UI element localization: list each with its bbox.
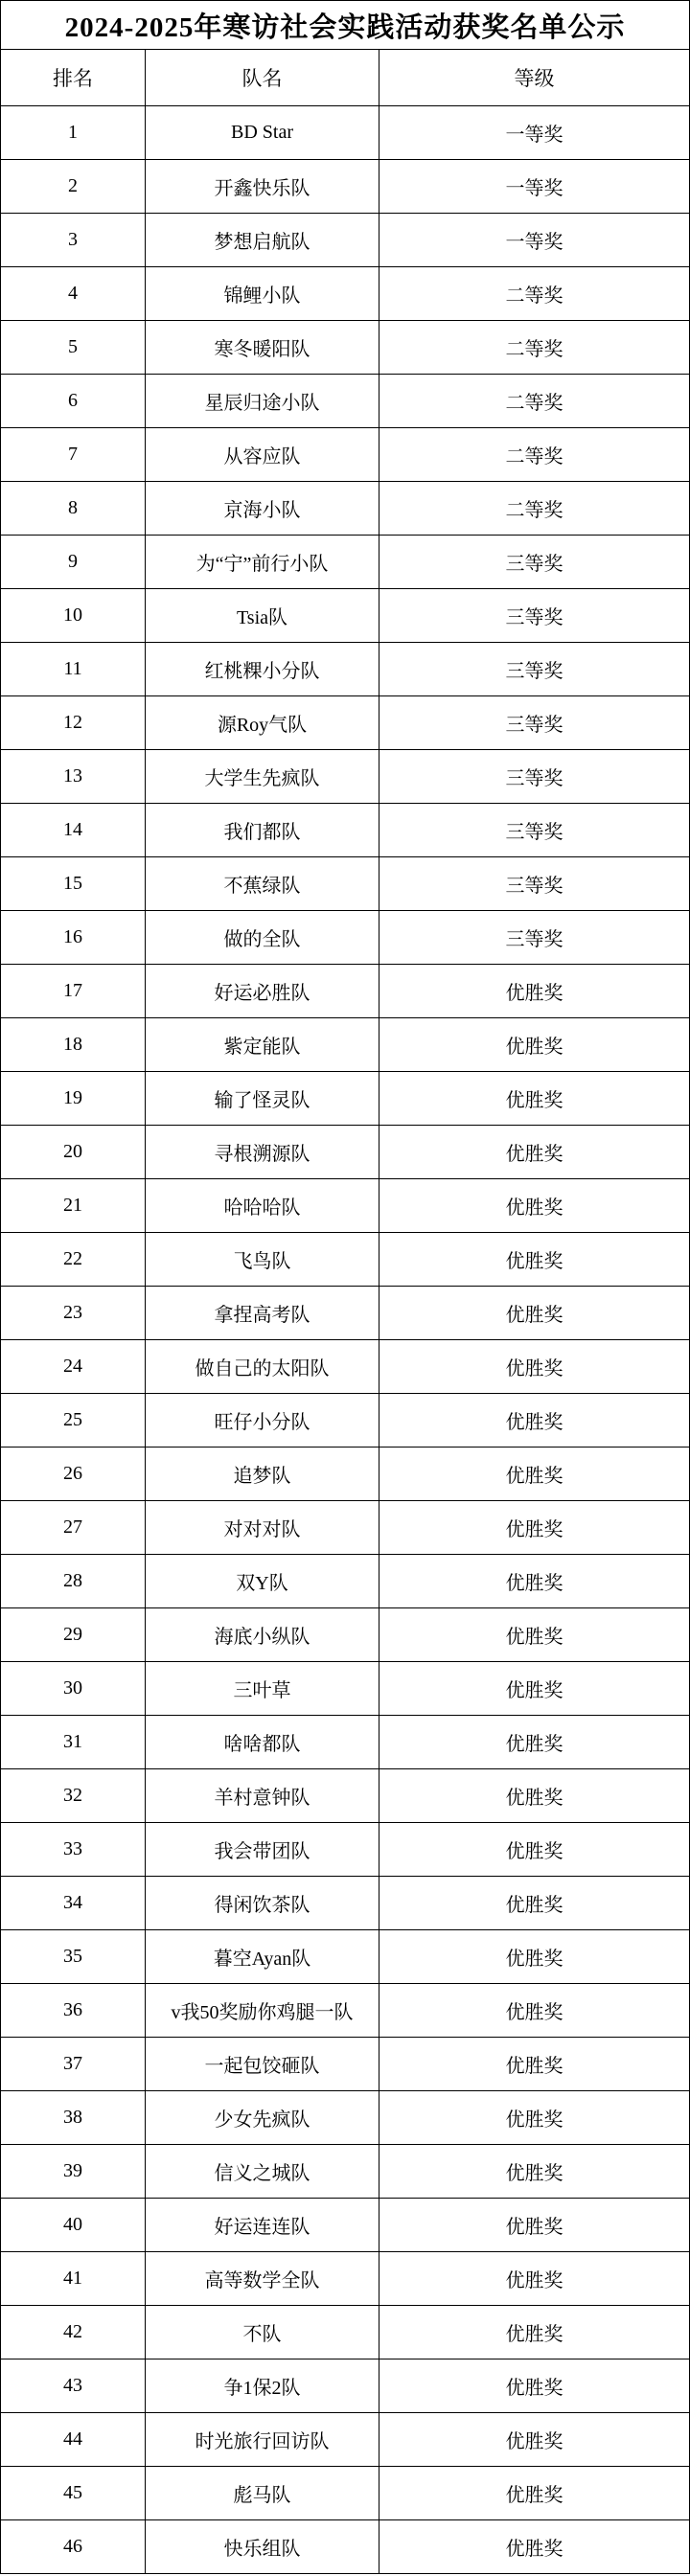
team-name-cell: v我50奖励你鸡腿一队: [146, 1984, 379, 2038]
table-row: 2开鑫快乐队一等奖: [1, 160, 690, 214]
table-row: 40好运连连队优胜奖: [1, 2199, 690, 2252]
grade-cell: 三等奖: [379, 589, 690, 643]
rank-cell: 19: [1, 1072, 146, 1126]
table-row: 7从容应队二等奖: [1, 428, 690, 482]
rank-cell: 42: [1, 2306, 146, 2359]
team-name-cell: 梦想启航队: [146, 214, 379, 267]
award-table-head: 2024-2025年寒访社会实践活动获奖名单公示 排名 队名 等级: [1, 1, 690, 106]
team-name-cell: 追梦队: [146, 1448, 379, 1501]
grade-cell: 优胜奖: [379, 2038, 690, 2091]
table-row: 25旺仔小分队优胜奖: [1, 1394, 690, 1448]
grade-cell: 优胜奖: [379, 1340, 690, 1394]
award-table-body: 1BD Star一等奖2开鑫快乐队一等奖3梦想启航队一等奖4锦鲤小队二等奖5寒冬…: [1, 106, 690, 2574]
table-row: 29海底小纵队优胜奖: [1, 1608, 690, 1662]
rank-cell: 4: [1, 267, 146, 321]
grade-cell: 优胜奖: [379, 2306, 690, 2359]
table-row: 16做的全队三等奖: [1, 911, 690, 965]
table-row: 21哈哈哈队优胜奖: [1, 1179, 690, 1233]
rank-cell: 22: [1, 1233, 146, 1287]
rank-cell: 7: [1, 428, 146, 482]
rank-cell: 6: [1, 375, 146, 428]
table-row: 31啥啥都队优胜奖: [1, 1716, 690, 1769]
grade-cell: 三等奖: [379, 804, 690, 857]
rank-cell: 33: [1, 1823, 146, 1877]
team-name-cell: 啥啥都队: [146, 1716, 379, 1769]
table-row: 4锦鲤小队二等奖: [1, 267, 690, 321]
team-name-cell: 大学生先疯队: [146, 750, 379, 804]
grade-cell: 优胜奖: [379, 1769, 690, 1823]
page-title: 2024-2025年寒访社会实践活动获奖名单公示: [1, 1, 690, 50]
rank-cell: 38: [1, 2091, 146, 2145]
table-row: 38少女先疯队优胜奖: [1, 2091, 690, 2145]
table-row: 36v我50奖励你鸡腿一队优胜奖: [1, 1984, 690, 2038]
grade-cell: 一等奖: [379, 160, 690, 214]
grade-cell: 优胜奖: [379, 1287, 690, 1340]
grade-cell: 优胜奖: [379, 1984, 690, 2038]
team-name-cell: 拿捏高考队: [146, 1287, 379, 1340]
rank-cell: 35: [1, 1930, 146, 1984]
table-row: 17好运必胜队优胜奖: [1, 965, 690, 1018]
grade-cell: 三等奖: [379, 750, 690, 804]
team-name-cell: 飞鸟队: [146, 1233, 379, 1287]
table-row: 42不队优胜奖: [1, 2306, 690, 2359]
team-name-cell: 双Y队: [146, 1555, 379, 1608]
team-name-cell: 紫定能队: [146, 1018, 379, 1072]
table-row: 8京海小队二等奖: [1, 482, 690, 536]
team-name-cell: 高等数学全队: [146, 2252, 379, 2306]
table-row: 11红桃粿小分队三等奖: [1, 643, 690, 696]
table-row: 35暮空Ayan队优胜奖: [1, 1930, 690, 1984]
table-row: 41高等数学全队优胜奖: [1, 2252, 690, 2306]
grade-cell: 优胜奖: [379, 1662, 690, 1716]
rank-cell: 10: [1, 589, 146, 643]
rank-cell: 26: [1, 1448, 146, 1501]
team-name-cell: 争1保2队: [146, 2359, 379, 2413]
grade-cell: 优胜奖: [379, 1716, 690, 1769]
table-row: 28双Y队优胜奖: [1, 1555, 690, 1608]
table-row: 43争1保2队优胜奖: [1, 2359, 690, 2413]
table-row: 23拿捏高考队优胜奖: [1, 1287, 690, 1340]
team-name-cell: 星辰归途小队: [146, 375, 379, 428]
table-row: 10Tsia队三等奖: [1, 589, 690, 643]
table-row: 13大学生先疯队三等奖: [1, 750, 690, 804]
team-name-cell: 开鑫快乐队: [146, 160, 379, 214]
award-table: 2024-2025年寒访社会实践活动获奖名单公示 排名 队名 等级 1BD St…: [0, 0, 690, 2574]
table-row: 34得闲饮茶队优胜奖: [1, 1877, 690, 1930]
team-name-cell: 羊村意钟队: [146, 1769, 379, 1823]
rank-cell: 15: [1, 857, 146, 911]
grade-cell: 优胜奖: [379, 1501, 690, 1555]
column-header-rank: 排名: [1, 50, 146, 106]
table-row: 6星辰归途小队二等奖: [1, 375, 690, 428]
grade-cell: 三等奖: [379, 857, 690, 911]
grade-cell: 一等奖: [379, 106, 690, 160]
team-name-cell: Tsia队: [146, 589, 379, 643]
award-announcement-page: 2024-2025年寒访社会实践活动获奖名单公示 排名 队名 等级 1BD St…: [0, 0, 690, 2574]
table-row: 12源Roy气队三等奖: [1, 696, 690, 750]
rank-cell: 41: [1, 2252, 146, 2306]
team-name-cell: 从容应队: [146, 428, 379, 482]
rank-cell: 34: [1, 1877, 146, 1930]
team-name-cell: 一起包饺砸队: [146, 2038, 379, 2091]
grade-cell: 优胜奖: [379, 2199, 690, 2252]
team-name-cell: 暮空Ayan队: [146, 1930, 379, 1984]
rank-cell: 11: [1, 643, 146, 696]
team-name-cell: 不蕉绿队: [146, 857, 379, 911]
grade-cell: 优胜奖: [379, 1448, 690, 1501]
team-name-cell: 时光旅行回访队: [146, 2413, 379, 2467]
team-name-cell: 哈哈哈队: [146, 1179, 379, 1233]
team-name-cell: 海底小纵队: [146, 1608, 379, 1662]
rank-cell: 46: [1, 2520, 146, 2574]
team-name-cell: 不队: [146, 2306, 379, 2359]
rank-cell: 30: [1, 1662, 146, 1716]
rank-cell: 20: [1, 1126, 146, 1179]
grade-cell: 优胜奖: [379, 2359, 690, 2413]
rank-cell: 23: [1, 1287, 146, 1340]
team-name-cell: 彪马队: [146, 2467, 379, 2520]
grade-cell: 一等奖: [379, 214, 690, 267]
team-name-cell: 锦鲤小队: [146, 267, 379, 321]
grade-cell: 优胜奖: [379, 1394, 690, 1448]
grade-cell: 优胜奖: [379, 1555, 690, 1608]
table-row: 14我们都队三等奖: [1, 804, 690, 857]
table-row: 19输了怪灵队优胜奖: [1, 1072, 690, 1126]
rank-cell: 27: [1, 1501, 146, 1555]
rank-cell: 32: [1, 1769, 146, 1823]
team-name-cell: 旺仔小分队: [146, 1394, 379, 1448]
table-row: 15不蕉绿队三等奖: [1, 857, 690, 911]
grade-cell: 二等奖: [379, 321, 690, 375]
team-name-cell: 源Roy气队: [146, 696, 379, 750]
team-name-cell: 输了怪灵队: [146, 1072, 379, 1126]
rank-cell: 37: [1, 2038, 146, 2091]
table-row: 33我会带团队优胜奖: [1, 1823, 690, 1877]
table-row: 39信义之城队优胜奖: [1, 2145, 690, 2199]
rank-cell: 29: [1, 1608, 146, 1662]
grade-cell: 优胜奖: [379, 1179, 690, 1233]
grade-cell: 优胜奖: [379, 1930, 690, 1984]
table-row: 24做自己的太阳队优胜奖: [1, 1340, 690, 1394]
grade-cell: 优胜奖: [379, 1877, 690, 1930]
team-name-cell: 信义之城队: [146, 2145, 379, 2199]
column-header-row: 排名 队名 等级: [1, 50, 690, 106]
grade-cell: 优胜奖: [379, 2252, 690, 2306]
rank-cell: 9: [1, 536, 146, 589]
table-row: 44时光旅行回访队优胜奖: [1, 2413, 690, 2467]
team-name-cell: 三叶草: [146, 1662, 379, 1716]
table-row: 3梦想启航队一等奖: [1, 214, 690, 267]
table-row: 46快乐组队优胜奖: [1, 2520, 690, 2574]
table-row: 26追梦队优胜奖: [1, 1448, 690, 1501]
grade-cell: 优胜奖: [379, 2520, 690, 2574]
rank-cell: 14: [1, 804, 146, 857]
rank-cell: 3: [1, 214, 146, 267]
rank-cell: 5: [1, 321, 146, 375]
table-row: 32羊村意钟队优胜奖: [1, 1769, 690, 1823]
team-name-cell: 做自己的太阳队: [146, 1340, 379, 1394]
grade-cell: 三等奖: [379, 696, 690, 750]
rank-cell: 2: [1, 160, 146, 214]
grade-cell: 三等奖: [379, 643, 690, 696]
grade-cell: 优胜奖: [379, 1233, 690, 1287]
team-name-cell: 京海小队: [146, 482, 379, 536]
grade-cell: 优胜奖: [379, 1126, 690, 1179]
team-name-cell: 少女先疯队: [146, 2091, 379, 2145]
grade-cell: 三等奖: [379, 536, 690, 589]
table-row: 9为“宁”前行小队三等奖: [1, 536, 690, 589]
team-name-cell: 寒冬暖阳队: [146, 321, 379, 375]
rank-cell: 24: [1, 1340, 146, 1394]
rank-cell: 43: [1, 2359, 146, 2413]
table-row: 37一起包饺砸队优胜奖: [1, 2038, 690, 2091]
team-name-cell: 好运连连队: [146, 2199, 379, 2252]
table-row: 20寻根溯源队优胜奖: [1, 1126, 690, 1179]
rank-cell: 17: [1, 965, 146, 1018]
rank-cell: 8: [1, 482, 146, 536]
grade-cell: 二等奖: [379, 482, 690, 536]
grade-cell: 优胜奖: [379, 1018, 690, 1072]
table-row: 22飞鸟队优胜奖: [1, 1233, 690, 1287]
rank-cell: 45: [1, 2467, 146, 2520]
rank-cell: 31: [1, 1716, 146, 1769]
rank-cell: 36: [1, 1984, 146, 2038]
team-name-cell: 为“宁”前行小队: [146, 536, 379, 589]
table-row: 45彪马队优胜奖: [1, 2467, 690, 2520]
table-row: 18紫定能队优胜奖: [1, 1018, 690, 1072]
rank-cell: 16: [1, 911, 146, 965]
team-name-cell: 寻根溯源队: [146, 1126, 379, 1179]
grade-cell: 优胜奖: [379, 1823, 690, 1877]
rank-cell: 25: [1, 1394, 146, 1448]
grade-cell: 三等奖: [379, 911, 690, 965]
rank-cell: 13: [1, 750, 146, 804]
grade-cell: 二等奖: [379, 267, 690, 321]
title-row: 2024-2025年寒访社会实践活动获奖名单公示: [1, 1, 690, 50]
grade-cell: 优胜奖: [379, 1072, 690, 1126]
table-row: 5寒冬暖阳队二等奖: [1, 321, 690, 375]
table-row: 1BD Star一等奖: [1, 106, 690, 160]
rank-cell: 40: [1, 2199, 146, 2252]
team-name-cell: 得闲饮茶队: [146, 1877, 379, 1930]
rank-cell: 39: [1, 2145, 146, 2199]
rank-cell: 21: [1, 1179, 146, 1233]
team-name-cell: 我会带团队: [146, 1823, 379, 1877]
table-row: 27对对对队优胜奖: [1, 1501, 690, 1555]
rank-cell: 12: [1, 696, 146, 750]
grade-cell: 优胜奖: [379, 2091, 690, 2145]
team-name-cell: 我们都队: [146, 804, 379, 857]
rank-cell: 44: [1, 2413, 146, 2467]
column-header-grade: 等级: [379, 50, 690, 106]
grade-cell: 二等奖: [379, 428, 690, 482]
team-name-cell: 快乐组队: [146, 2520, 379, 2574]
team-name-cell: 好运必胜队: [146, 965, 379, 1018]
grade-cell: 优胜奖: [379, 965, 690, 1018]
table-row: 30三叶草优胜奖: [1, 1662, 690, 1716]
column-header-team: 队名: [146, 50, 379, 106]
grade-cell: 优胜奖: [379, 2467, 690, 2520]
grade-cell: 优胜奖: [379, 2145, 690, 2199]
team-name-cell: 做的全队: [146, 911, 379, 965]
team-name-cell: BD Star: [146, 106, 379, 160]
grade-cell: 二等奖: [379, 375, 690, 428]
grade-cell: 优胜奖: [379, 2413, 690, 2467]
team-name-cell: 红桃粿小分队: [146, 643, 379, 696]
rank-cell: 18: [1, 1018, 146, 1072]
rank-cell: 28: [1, 1555, 146, 1608]
grade-cell: 优胜奖: [379, 1608, 690, 1662]
rank-cell: 1: [1, 106, 146, 160]
team-name-cell: 对对对队: [146, 1501, 379, 1555]
